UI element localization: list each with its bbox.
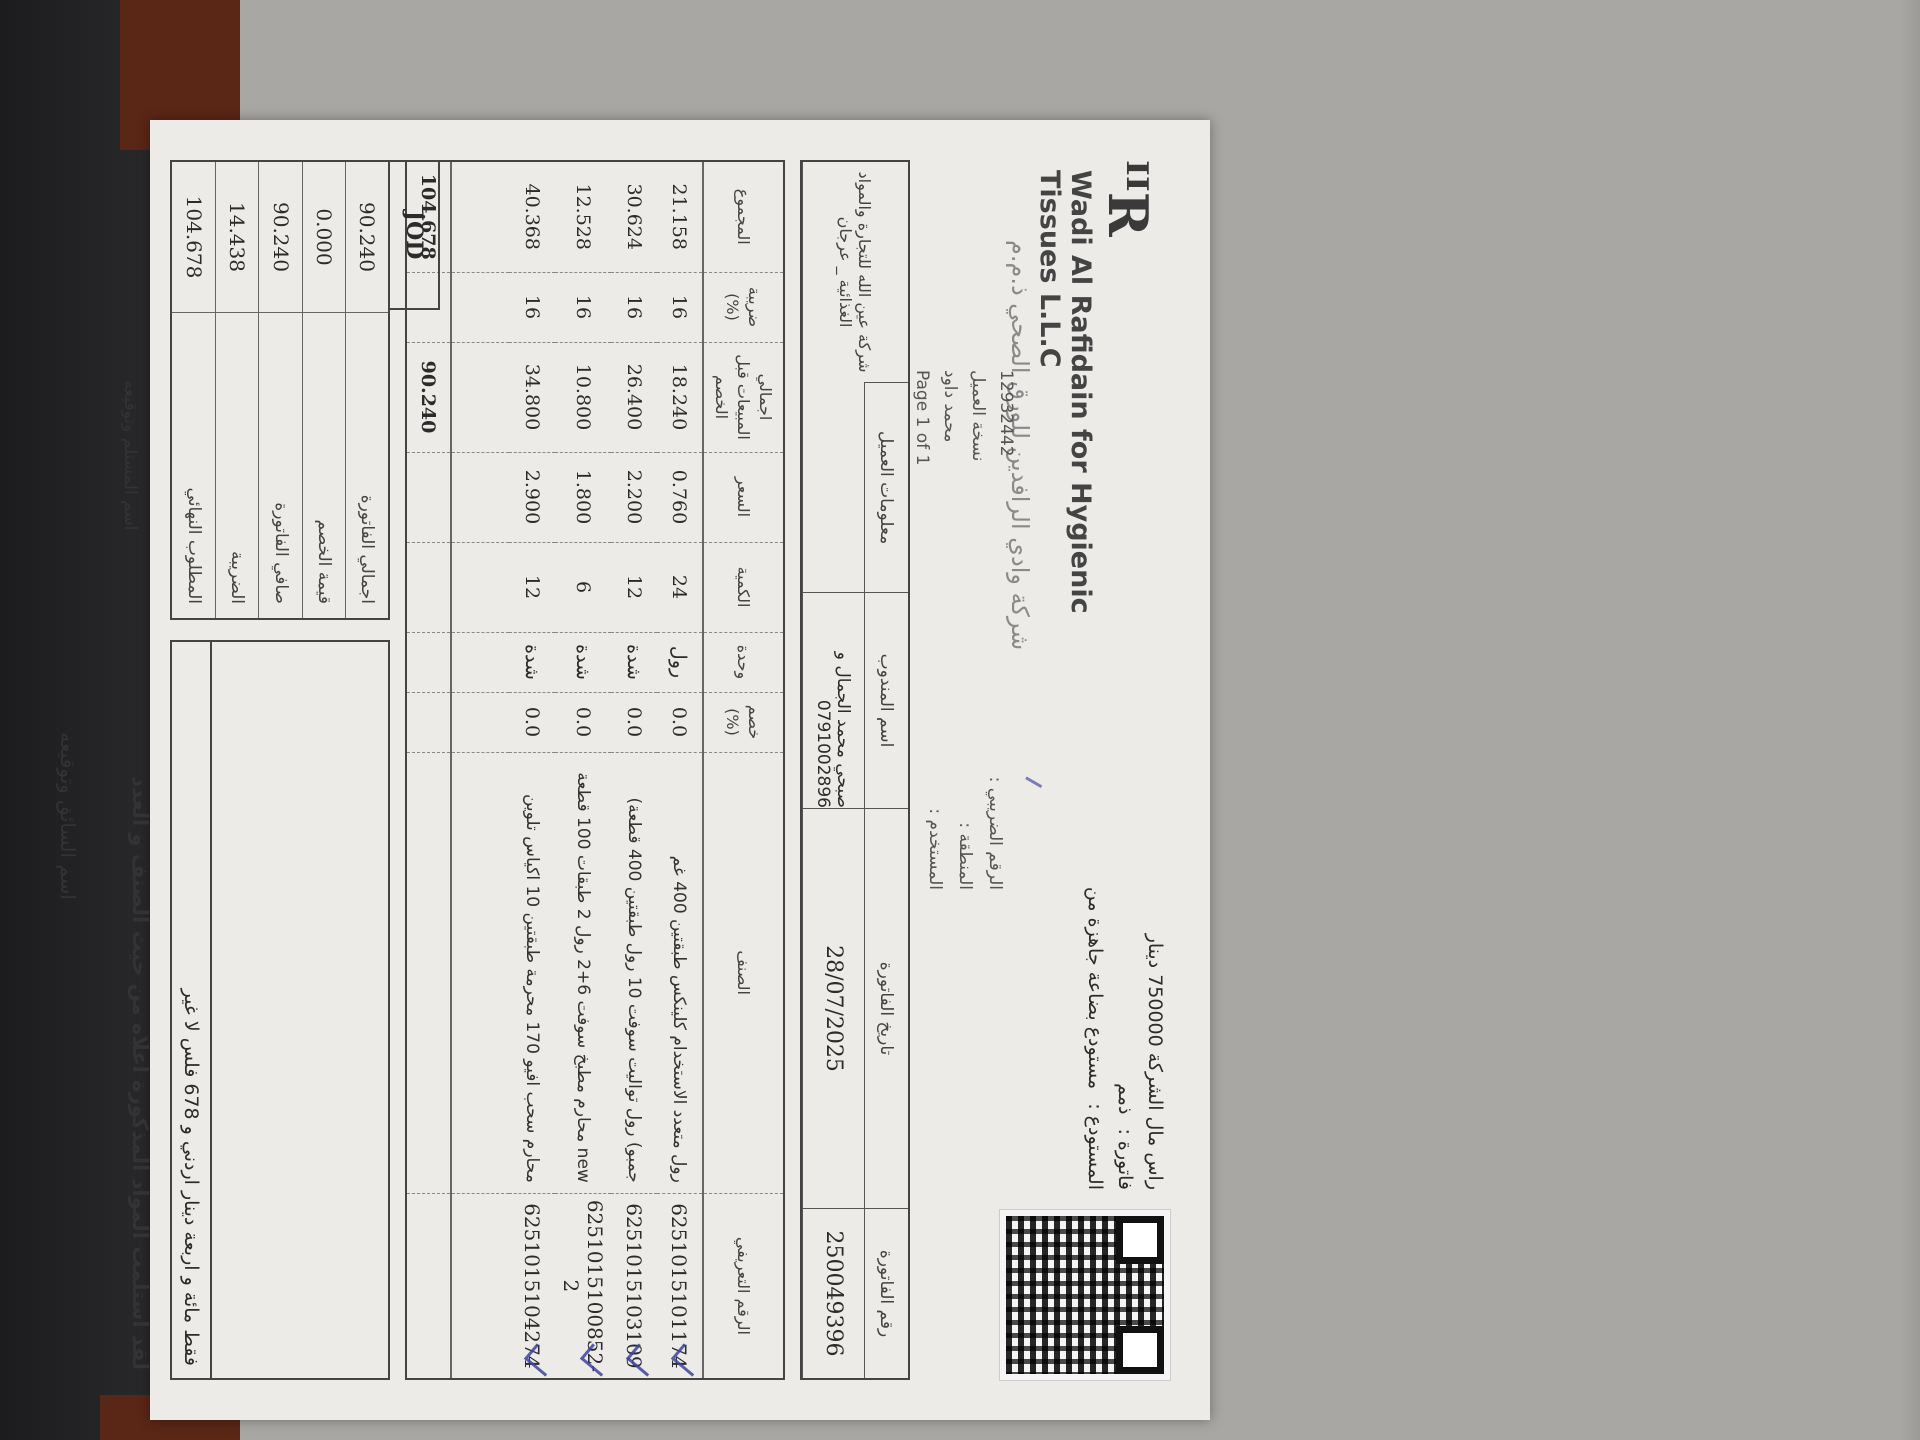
unit-value: شدة [521,644,543,680]
cell-discount: 0.0 [611,692,657,752]
invoice-date-value: 28/07/2025 [802,808,864,1208]
total-value: 21.158 [669,184,691,250]
totals-label: اجمالي الفاتورة [345,312,388,618]
cell-tax: 16 [555,272,611,342]
totals-label: الضريبة [215,312,258,618]
edge-shadow [1900,0,1920,1440]
cell-price: 2.900 [509,452,555,542]
col-price: السعر [703,452,783,542]
cell-tax: 16 [611,272,657,342]
user-value: محمد داود [936,370,964,570]
page-indicator: Page 1 of 1 [908,370,936,570]
cell-gross: 18.240 [657,342,703,452]
col-discount: خصم (%) [703,692,783,752]
salesman-header: اسم المندوب [864,592,908,808]
col-description: الصنف [703,752,783,1193]
items-table: الرقم التعريفي الصنف خصم (%) وحدة الكمية… [405,160,785,1380]
discount-value: 0.0 [521,707,543,737]
gross-value: 10.800 [572,364,594,430]
invoice-number-header: رقم الفاتورة [864,1208,908,1378]
currency-label: JOD [390,160,440,310]
invoice-date-header: تاريخ الفاتورة [864,808,908,1208]
table-row: 6251015100852-2new محارم مطبخ سوفت 6+2 ر… [555,162,611,1378]
cell-total: 21.158 [657,162,703,272]
amount-in-words: فقط مائة و اربعة دينار اردني و 678 فلس ل… [170,640,210,1380]
description-value: جمبو) رول تواليت سوفت 10 رول طبقتين 400 … [624,797,644,1182]
table-row: 6251015103109جمبو) رول تواليت سوفت 10 رو… [611,162,657,1378]
totals-block: اجمالي الفاتورة90.240قيمة الخصم0.000صافي… [170,160,390,620]
subtotal-empty [407,452,451,542]
totals-value: 90.240 [258,162,301,312]
price-value: 2.200 [623,470,645,524]
invoice-number-value: 250049396 [802,1208,864,1378]
zone-value: نسخة العميل [964,370,992,570]
cell-unit: شدة [555,632,611,692]
cell-discount: 0.0 [509,692,555,752]
totals-value: 104.678 [172,162,215,312]
cell-unit: شدة [509,632,555,692]
unit-value: شدة [572,644,594,680]
cell-discount: 0.0 [657,692,703,752]
price-value: 1.800 [572,470,594,524]
discount-value: 0.0 [669,707,691,737]
col-code: الرقم التعريفي [703,1193,783,1378]
pen-mark [1020,776,1043,797]
tax-value: 16 [572,295,594,319]
cell-tax: 16 [509,272,555,342]
company-name-en: Wadi Al Rafidain for Hygienic Tissues L.… [1034,170,1096,720]
cell-discount: 0.0 [555,692,611,752]
cell-price: 0.760 [657,452,703,542]
cell-total: 12.528 [555,162,611,272]
total-value: 12.528 [572,184,594,250]
acknowledgement-text: لقد استلمت المواد المذكورة اعلاه من حيث … [128,776,152,1370]
cell-qty: 12 [611,542,657,632]
cell-price: 1.800 [555,452,611,542]
subtotal-empty [407,542,451,632]
invoice-header: ᴵᴵR Wadi Al Rafidain for Hygienic Tissue… [900,160,1170,1380]
col-gross: اجمالي المبيعات قبل الخصم [703,342,783,452]
cell-code: 6251015100852-2 [555,1193,611,1378]
gross-value: 34.800 [521,364,543,430]
table-row: 6251015101174رول متعدد الاستخدام كلينكس … [657,162,703,1378]
cell-price: 2.200 [611,452,657,542]
notes-box [210,640,390,1380]
cell-code: 6251015101174 [657,1193,703,1378]
totals-label: المطلوب النهائي [172,312,215,618]
subtotal-gross: 90.240 [407,342,451,452]
cell-tax: 16 [657,272,703,342]
cell-qty: 12 [509,542,555,632]
user-label: المستخدم : [920,630,950,890]
customer-name: شركة عين الله للتجارة والمواد الغذائية _… [802,162,908,382]
totals-label: صافي الفاتورة [258,312,301,618]
tax-value: 16 [521,295,543,319]
cell-description: new محارم مطبخ سوفت 6+2 رول 2 طبقات 100 … [555,752,611,1193]
col-tax: ضريبة (%) [703,272,783,342]
totals-label: قيمة الخصم [302,312,345,618]
invoice-type-label: فاتورة : [1110,1128,1140,1190]
tax-number-value: 12932442 [992,370,1020,570]
zone-label: المنطقة : [950,630,980,890]
cell-description: محارم سحب افيو 170 محرمة طبقتين 10 اكياس… [509,752,555,1193]
code-value: 6251015104274 [520,1203,544,1368]
gross-value: 18.240 [669,364,691,430]
discount-value: 0.0 [623,707,645,737]
unit-value: رول [669,646,691,678]
col-unit: وحدة [703,632,783,692]
company-capital-block: راس مال الشركة 750000 دينار فاتورة : ذمم… [1080,770,1170,1190]
unit-value: شدة [623,644,645,680]
tax-value: 16 [623,295,645,319]
spacer-row [451,162,509,1378]
code-value: 6251015101174 [668,1203,692,1368]
cell-unit: رول [657,632,703,692]
invoice-photo: ᴵᴵR Wadi Al Rafidain for Hygienic Tissue… [150,120,1450,1180]
cell-qty: 24 [657,542,703,632]
total-value: 40.368 [521,184,543,250]
meta-values: 12932442 نسخة العميل محمد داود Page 1 of… [908,370,1020,570]
price-value: 2.900 [521,470,543,524]
subtotal-empty [407,632,451,692]
cell-total: 40.368 [509,162,555,272]
invoice-type-value: ذمم [1110,1083,1140,1114]
col-qty: الكمية [703,542,783,632]
customer-info-header: معلومات العميل [864,382,908,592]
totals-value: 90.240 [345,162,388,312]
totals-value: 0.000 [302,162,345,312]
qr-code-icon [1000,1210,1170,1380]
qty-value: 24 [669,575,691,599]
qty-value: 12 [521,575,543,599]
receiver-signature-label: اسم المستلم وتوقيعه [120,380,140,530]
driver-signature-label: اسم السائق وتوقيعه [56,732,80,900]
salesman-value: صبحي محمد الجمال و 0791002896 [802,592,864,808]
subtotal-empty [407,752,451,1193]
cell-unit: شدة [611,632,657,692]
items-header-row: الرقم التعريفي الصنف خصم (%) وحدة الكمية… [703,162,783,1378]
cell-total: 30.624 [611,162,657,272]
subtotal-empty [407,692,451,752]
cell-code: 6251015104274 [509,1193,555,1378]
gross-value: 26.400 [623,364,645,430]
invoice-sheet: ᴵᴵR Wadi Al Rafidain for Hygienic Tissue… [150,120,1210,1420]
cell-gross: 26.400 [611,342,657,452]
cell-description: رول متعدد الاستخدام كلينكس طبقتين 400 غم [657,752,703,1193]
meta-labels: الرقم الضريبي : المنطقة : المستخدم : [920,630,1010,890]
cell-qty: 6 [555,542,611,632]
tax-value: 16 [669,295,691,319]
price-value: 0.760 [669,470,691,524]
total-value: 30.624 [623,184,645,250]
code-value: 6251015100852-2 [559,1200,607,1372]
description-value: new محارم مطبخ سوفت 6+2 رول 2 طبقات 100 … [573,772,593,1183]
code-value: 6251015103109 [622,1203,646,1368]
col-total: المجموع [703,162,783,272]
description-value: محارم سحب افيو 170 محرمة طبقتين 10 اكياس… [522,794,542,1183]
warehouse-label: المستودع : [1080,1103,1110,1190]
capital-line: راس مال الشركة 750000 دينار [1140,934,1170,1190]
subtotal-empty [407,1193,451,1378]
table-row: 6251015104274محارم سحب افيو 170 محرمة طب… [509,162,555,1378]
warehouse-value: مستودع بضاعة جاهزة من [1080,887,1110,1089]
customer-info-value [802,382,864,592]
discount-value: 0.0 [572,707,594,737]
qty-value: 12 [623,575,645,599]
qty-value: 6 [572,581,594,593]
cell-gross: 34.800 [509,342,555,452]
totals-value: 14.438 [215,162,258,312]
company-branding: ᴵᴵR Wadi Al Rafidain for Hygienic Tissue… [1006,160,1160,720]
invoice-info-table: رقم الفاتورة تاريخ الفاتورة اسم المندوب … [800,160,910,1380]
cell-gross: 10.800 [555,342,611,452]
cell-description: جمبو) رول تواليت سوفت 10 رول طبقتين 400 … [611,752,657,1193]
tax-number-label: الرقم الضريبي : [980,630,1010,890]
description-value: رول متعدد الاستخدام كلينكس طبقتين 400 غم [670,856,690,1183]
cell-code: 6251015103109 [611,1193,657,1378]
subtotal-row: 90.240104.678 [407,162,451,1378]
wr-logo-icon: ᴵᴵR [1096,160,1160,224]
